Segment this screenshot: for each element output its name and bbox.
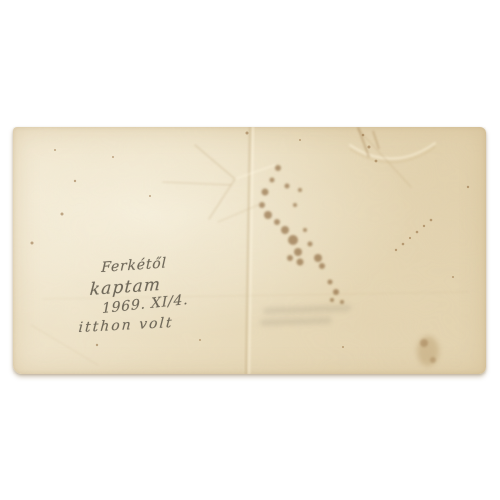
aged-paper: Ferkétől kaptam 1969. XI/4. itthon volt xyxy=(13,127,486,374)
smudge-stain xyxy=(417,336,439,366)
photo-background: Ferkétől kaptam 1969. XI/4. itthon volt xyxy=(0,0,500,500)
paper-texture-stains-creases xyxy=(13,127,486,374)
